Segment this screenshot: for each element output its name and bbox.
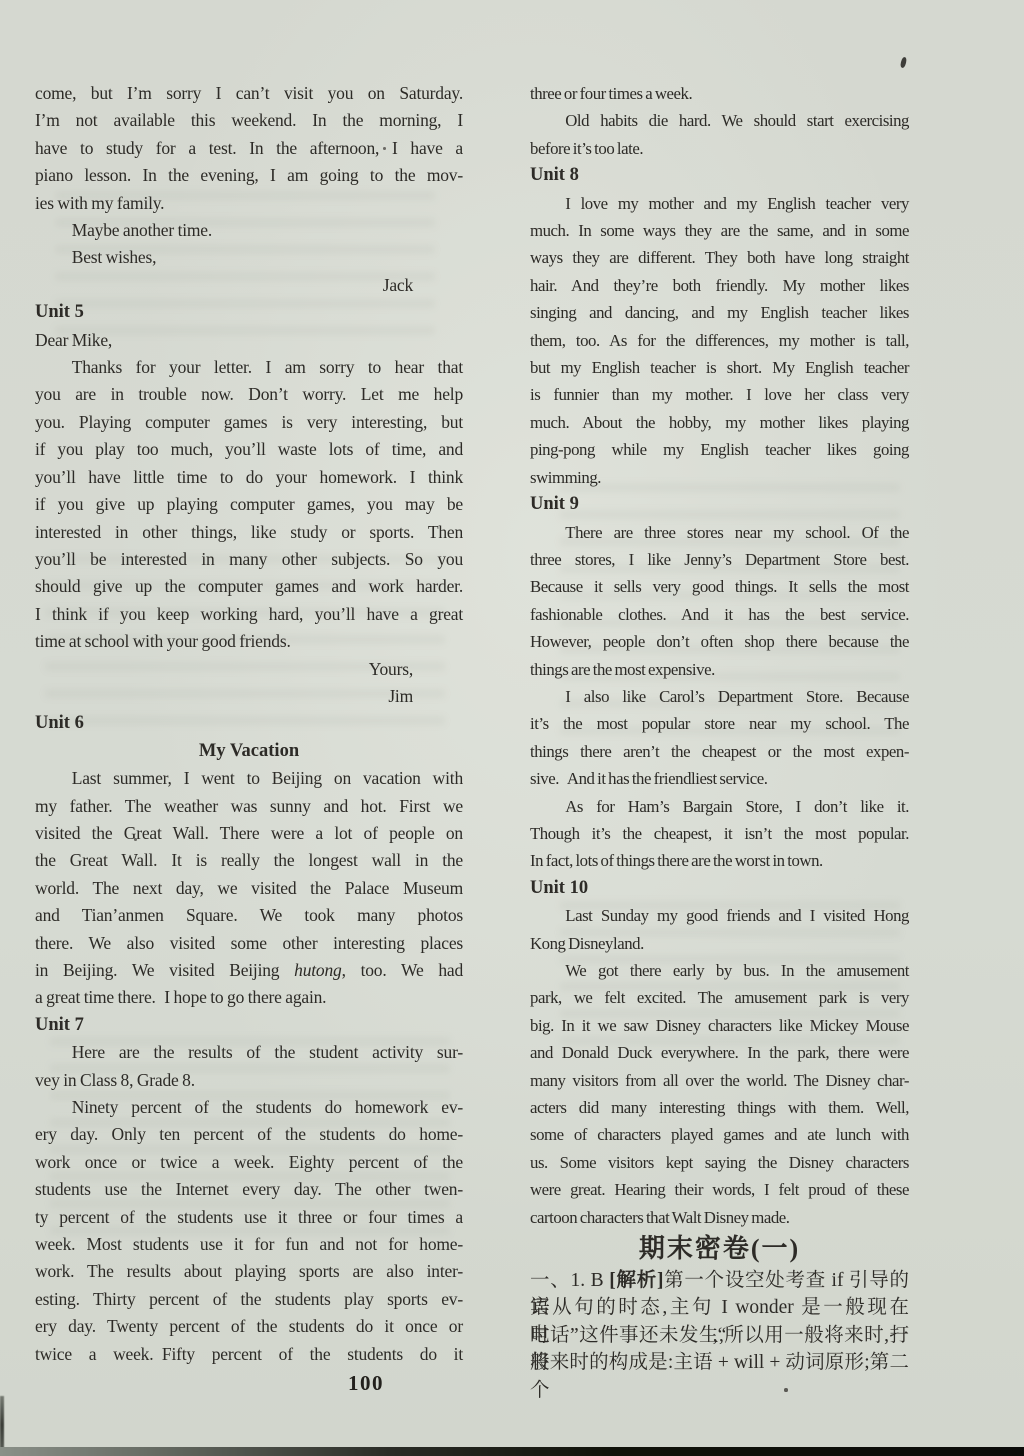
unit-heading: Unit 10 bbox=[530, 875, 909, 902]
scan-bottom-edge-artifact bbox=[0, 1447, 1024, 1456]
text-line: Ninety percent of the students do homewo… bbox=[35, 1094, 463, 1121]
text-line: ies with my family. bbox=[35, 190, 463, 217]
text-line: twice a week. Fifty percent of the stude… bbox=[35, 1341, 463, 1368]
text-line: acters did many interesting things with … bbox=[530, 1094, 909, 1121]
text-line: were great. Hearing their words, I felt … bbox=[530, 1176, 909, 1203]
text-line: three stores, I like Jenny’s Department … bbox=[530, 546, 909, 573]
text-line: However, people don’t often shop there b… bbox=[530, 628, 909, 655]
signature-line: Jack bbox=[35, 272, 463, 299]
analysis-text-line: 将来时的构成是:主语 + will + 动词原形;第二个 bbox=[530, 1349, 909, 1376]
unit-heading: Unit 7 bbox=[35, 1012, 463, 1039]
scan-edge-artifact bbox=[0, 1396, 4, 1448]
unit-heading: Unit 5 bbox=[35, 299, 463, 326]
text-line: Dear Mike, bbox=[35, 327, 463, 354]
text-line: things are the most expensive. bbox=[530, 656, 909, 683]
text-line: There are three stores near my school. O… bbox=[530, 519, 909, 546]
text-line: much. In some ways they are the same, an… bbox=[530, 217, 909, 244]
text-line: many visitors from all over the world. T… bbox=[530, 1067, 909, 1094]
text-line: As for Ham’s Bargain Store, I don’t like… bbox=[530, 793, 909, 820]
text-line: singing and dancing, and my English teac… bbox=[530, 299, 909, 326]
unit-heading: Unit 9 bbox=[530, 491, 909, 518]
text-line: I also like Carol’s Department Store. Be… bbox=[530, 683, 909, 710]
text-line: things there aren’t the cheapest or the … bbox=[530, 738, 909, 765]
text-line: Best wishes, bbox=[35, 244, 463, 271]
text-segment: hutong bbox=[294, 960, 341, 980]
text-line: work once or twice a week. Eighty percen… bbox=[35, 1149, 463, 1176]
passage-title: My Vacation bbox=[35, 738, 463, 765]
text-line: Last summer, I went to Beijing on vacati… bbox=[35, 765, 463, 792]
text-line: hair. And they’re both friendly. My moth… bbox=[530, 272, 909, 299]
text-line: park, we felt excited. The amusement par… bbox=[530, 984, 909, 1011]
text-line: students use the Internet every day. The… bbox=[35, 1176, 463, 1203]
unit-heading: Unit 6 bbox=[35, 710, 463, 737]
text-line: ways they are different. They both have … bbox=[530, 244, 909, 271]
ink-speck-artifact bbox=[784, 1388, 788, 1392]
text-line: Though it’s the cheapest, it isn’t the m… bbox=[530, 820, 909, 847]
text-line: should give up the computer games and wo… bbox=[35, 573, 463, 600]
text-line: you’ll have little time to do your homew… bbox=[35, 464, 463, 491]
text-line: I’m not available this weekend. In the m… bbox=[35, 107, 463, 134]
text-line: and Donald Duck everywhere. In the park,… bbox=[530, 1039, 909, 1066]
text-line: the Great Wall. It is really the longest… bbox=[35, 847, 463, 874]
text-line: and Tian’anmen Square. We took many phot… bbox=[35, 902, 463, 929]
ink-speck-artifact bbox=[900, 57, 908, 69]
text-line: three or four times a week. bbox=[530, 80, 909, 107]
text-line: ery day. Only ten percent of the student… bbox=[35, 1121, 463, 1148]
analysis-text-line: 语从句的时态,主句 I wonder 是一般现在时,“打 bbox=[530, 1294, 909, 1321]
text-line: esting. Thirty percent of the students p… bbox=[35, 1286, 463, 1313]
signature-line: Jim bbox=[35, 683, 463, 710]
text-line: I love my mother and my English teacher … bbox=[530, 190, 909, 217]
left-column: come, but I’m sorry I can’t visit you on… bbox=[35, 80, 463, 1368]
text-line: but my English teacher is short. My Engl… bbox=[530, 354, 909, 381]
text-line: big. In it we saw Disney characters like… bbox=[530, 1012, 909, 1039]
text-line: you are in trouble now. Don’t worry. Let… bbox=[35, 381, 463, 408]
text-segment: , too. We had bbox=[342, 960, 463, 980]
text-line: piano lesson. In the evening, I am going… bbox=[35, 162, 463, 189]
text-line: much. About the hobby, my mother likes p… bbox=[530, 409, 909, 436]
right-column: three or four times a week.Old habits di… bbox=[530, 80, 909, 1377]
text-line: have to study for a test. In the afterno… bbox=[35, 135, 463, 162]
text-line: work. The results about playing sports a… bbox=[35, 1258, 463, 1285]
text-line: In fact, lots of things there are the wo… bbox=[530, 847, 909, 874]
analysis-text-line: 电话”这件事还未发生,所以用一般将来时,一般 bbox=[530, 1322, 909, 1349]
text-line: fashionable clothes. And it has the best… bbox=[530, 601, 909, 628]
text-line: We got there early by bus. In the amusem… bbox=[530, 957, 909, 984]
text-line: Here are the results of the student acti… bbox=[35, 1039, 463, 1066]
text-line: if you give up playing computer games, y… bbox=[35, 491, 463, 518]
text-line: Thanks for your letter. I am sorry to he… bbox=[35, 354, 463, 381]
text-line: is funnier than my mother. I love her cl… bbox=[530, 381, 909, 408]
text-line: us. Some visitors kept saying the Disney… bbox=[530, 1149, 909, 1176]
scanned-answer-page: come, but I’m sorry I can’t visit you on… bbox=[0, 0, 1024, 1456]
text-line: vey in Class 8, Grade 8. bbox=[35, 1067, 463, 1094]
text-line: Kong Disneyland. bbox=[530, 930, 909, 957]
text-line: interested in other things, like study o… bbox=[35, 519, 463, 546]
text-line: time at school with your good friends. bbox=[35, 628, 463, 655]
text-line: before it’s too late. bbox=[530, 135, 909, 162]
text-line: ping-pong while my English teacher likes… bbox=[530, 436, 909, 463]
text-segment: 一、1. B bbox=[530, 1270, 609, 1291]
text-line: Last Sunday my good friends and I visite… bbox=[530, 902, 909, 929]
text-segment: in Beijing. We visited Beijing bbox=[35, 960, 294, 980]
text-line: if you play too much, you’ll waste lots … bbox=[35, 436, 463, 463]
text-line: world. The next day, we visited the Pala… bbox=[35, 875, 463, 902]
exam-section-title: 期末密卷(一) bbox=[530, 1231, 909, 1267]
text-line: cartoon characters that Walt Disney made… bbox=[530, 1204, 909, 1231]
unit-heading: Unit 8 bbox=[530, 162, 909, 189]
text-line: week. Most students use it for fun and n… bbox=[35, 1231, 463, 1258]
text-segment: [解析] bbox=[609, 1270, 663, 1291]
text-line: some of characters played games and ate … bbox=[530, 1121, 909, 1148]
analysis-text-line: 一、1. B [解析]第一个设空处考查 if 引导的宾 bbox=[530, 1267, 909, 1294]
text-line: there. We also visited some other intere… bbox=[35, 930, 463, 957]
text-line: sive. And it has the friendliest service… bbox=[530, 765, 909, 792]
text-line: you. Playing computer games is very inte… bbox=[35, 409, 463, 436]
ink-speck-artifact bbox=[134, 838, 137, 841]
text-line: my father. The weather was sunny and hot… bbox=[35, 793, 463, 820]
text-line: come, but I’m sorry I can’t visit you on… bbox=[35, 80, 463, 107]
text-line: swimming. bbox=[530, 464, 909, 491]
text-line: visited the Great Wall. There were a lot… bbox=[35, 820, 463, 847]
text-line: it’s the most popular store near my scho… bbox=[530, 710, 909, 737]
text-line: in Beijing. We visited Beijing hutong, t… bbox=[35, 957, 463, 984]
text-line: ery day. Twenty percent of the students … bbox=[35, 1313, 463, 1340]
page-number: 100 bbox=[348, 1371, 384, 1396]
text-line: you’ll be interested in many other subje… bbox=[35, 546, 463, 573]
text-line: I think if you keep working hard, you’ll… bbox=[35, 601, 463, 628]
text-line: them, too. As for the differences, my mo… bbox=[530, 327, 909, 354]
signature-line: Yours, bbox=[35, 656, 463, 683]
ink-speck-artifact bbox=[383, 147, 386, 150]
text-line: a great time there. I hope to go there a… bbox=[35, 984, 463, 1011]
text-line: ty percent of the students use it three … bbox=[35, 1204, 463, 1231]
text-line: Because it sells very good things. It se… bbox=[530, 573, 909, 600]
text-line: Maybe another time. bbox=[35, 217, 463, 244]
text-line: Old habits die hard. We should start exe… bbox=[530, 107, 909, 134]
